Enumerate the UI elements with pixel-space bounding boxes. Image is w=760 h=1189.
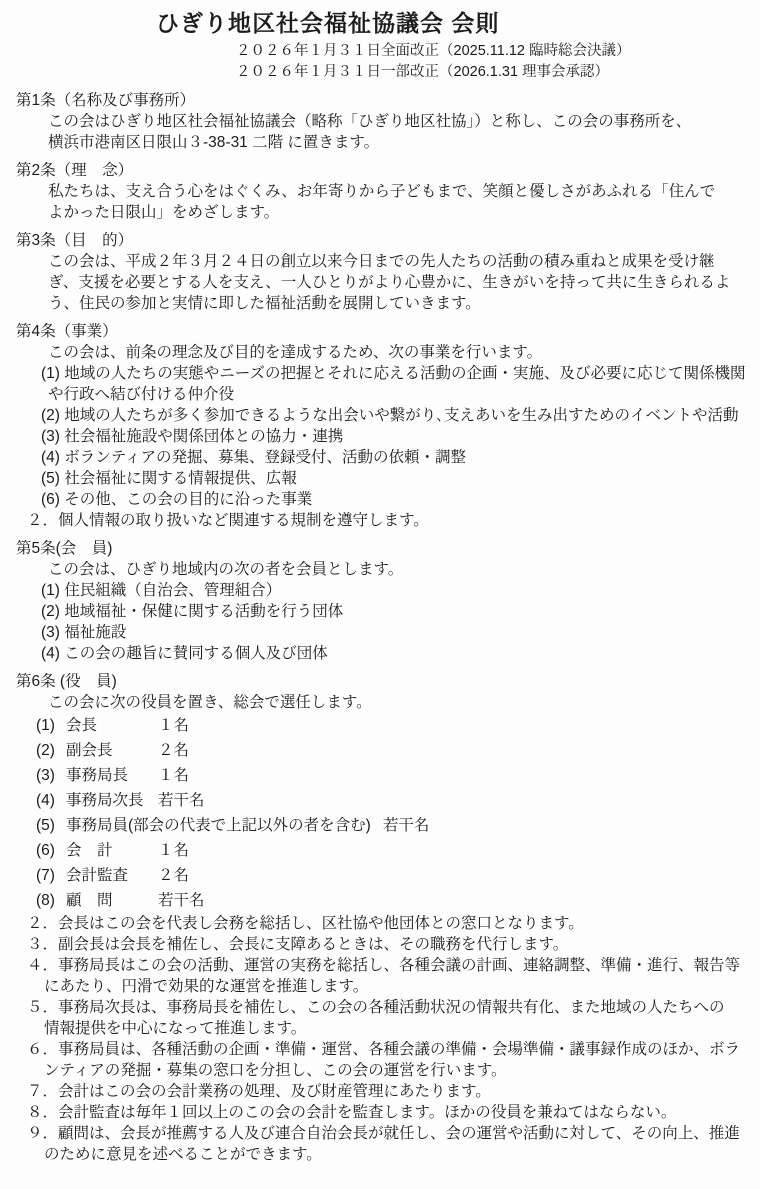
role-item: (1)会長１名 [8,713,756,738]
role-item: (6)会 計１名 [8,838,756,863]
article-paragraph: 私たちは、支え合う心をはぐくみ、お年寄りから子どもまで、笑顔と優しさがあふれる「… [48,181,756,223]
role-item: (3)事務局長１名 [8,763,756,788]
role-item: (7)会計監査２名 [8,863,756,888]
articles-container: 第1条（名称及び事務所）この会はひぎり地区社会福祉協議会（略称「ひぎり地区社協」… [8,90,756,1165]
role-number: (3) [36,763,66,788]
article-clause: ５．事務局次長は、事務局長を補佐し、この会の各種活動状況の情報共有化、また地域の… [8,997,756,1039]
role-count: 若干名 [383,817,430,834]
article-clause: ４．事務局長はこの会の活動、運営の実務を総括し、各種会議の計画、連絡調整、準備・… [8,955,756,997]
article-list-item: (4) ボランティアの発掘、募集、登録受付、活動の依頼・調整 [8,447,756,468]
role-count: 若干名 [158,792,205,809]
role-item: (5)事務局員(部会の代表で上記以外の者を含む)若干名 [8,813,756,838]
article-clause: ３．副会長は会長を補佐し、会長に支障あるときは、その職務を代行します。 [8,934,756,955]
role-name: 会計監査 [66,863,146,888]
article-heading: 第2条（理 念） [16,160,756,181]
article-paragraph: この会は、平成２年３月２４日の創立以来今日までの先人たちの活動の積み重ねと成果を… [48,251,756,314]
role-count: ２名 [158,867,189,884]
article-clause: ６．事務局員は、各種活動の企画・準備・運営、各種会議の準備・会場準備・議事録作成… [8,1039,756,1081]
role-number: (2) [36,738,66,763]
role-name: 副会長 [66,738,146,763]
role-name: 事務局次長 [66,788,146,813]
role-count: 若干名 [158,892,205,909]
role-name: 事務局員(部会の代表で上記以外の者を含む) [66,813,371,838]
article-list-item: (2) 地域の人たちが多く参加できるような出会いや繋がり､支えあいを生み出すため… [8,405,756,426]
article-list-item: (2) 地域福祉・保健に関する活動を行う団体 [8,601,756,622]
role-number: (1) [36,713,66,738]
role-number: (4) [36,788,66,813]
role-count: １名 [158,842,189,859]
role-item: (2)副会長２名 [8,738,756,763]
article-section-3: 第3条（目 的）この会は、平成２年３月２４日の創立以来今日までの先人たちの活動の… [8,230,756,314]
article-list-item: (4) この会の趣旨に賛同する個人及び団体 [8,643,756,664]
article-heading: 第5条(会 員) [16,538,756,559]
article-paragraph: この会は、ひぎり地域内の次の者を会員とします。 [48,559,756,580]
article-section-2: 第2条（理 念）私たちは、支え合う心をはぐくみ、お年寄りから子どもまで、笑顔と優… [8,160,756,223]
article-list-item: (6) その他、この会の目的に沿った事業 [8,489,756,510]
article-clause: ９．顧問は、会長が推薦する人及び連合自治会長が就任し、会の運営や活動に対して、そ… [8,1123,756,1165]
article-heading: 第1条（名称及び事務所） [16,90,756,111]
document-page: ひぎり地区社会福祉協議会 会則 ２０２６年１月３１日全面改正（2025.11.1… [0,0,760,1189]
article-heading: 第3条（目 的） [16,230,756,251]
role-count: ２名 [158,742,189,759]
article-section-5: 第5条(会 員)この会は、ひぎり地域内の次の者を会員とします。(1) 住民組織（… [8,538,756,664]
article-section-6: 第6条 (役 員)この会に次の役員を置き、総会で選任します。(1)会長１名(2)… [8,671,756,1165]
article-section-1: 第1条（名称及び事務所）この会はひぎり地区社会福祉協議会（略称「ひぎり地区社協」… [8,90,756,153]
role-number: (5) [36,813,66,838]
article-paragraph: この会に次の役員を置き、総会で選任します。 [48,692,756,713]
article-list-item: (1) 住民組織（自治会、管理組合） [8,580,756,601]
article-list-item: (1) 地域の人たちの実態やニーズの把握とそれに応える活動の企画・実施、及び必要… [8,363,756,405]
role-number: (6) [36,838,66,863]
article-list-item: (5) 社会福祉に関する情報提供、広報 [8,468,756,489]
role-number: (8) [36,888,66,913]
article-heading: 第4条（事業） [16,321,756,342]
article-paragraph: この会は、前条の理念及び目的を達成するため、次の事業を行います。 [48,342,756,363]
document-title: ひぎり地区社会福祉協議会 会則 [156,8,756,38]
role-name: 事務局長 [66,763,146,788]
role-number: (7) [36,863,66,888]
article-paragraph: この会はひぎり地区社会福祉協議会（略称「ひぎり地区社協」）と称し、この会の事務所… [48,111,756,153]
article-clause: ２．会長はこの会を代表し会務を総括し、区社協や他団体との窓口となります。 [8,913,756,934]
role-count: １名 [158,767,189,784]
revision-line-full: ２０２６年１月３１日全面改正（2025.11.12 臨時総会決議） [236,41,756,62]
role-name: 会 計 [66,838,146,863]
revision-notes: ２０２６年１月３１日全面改正（2025.11.12 臨時総会決議） ２０２６年１… [236,41,756,83]
role-item: (4)事務局次長若干名 [8,788,756,813]
article-list-item: (3) 福祉施設 [8,622,756,643]
role-item: (8)顧 問若干名 [8,888,756,913]
role-name: 顧 問 [66,888,146,913]
article-clause: ７．会計はこの会の会計業務の処理、及び財産管理にあたります。 [8,1081,756,1102]
article-heading: 第6条 (役 員) [16,671,756,692]
article-clause: ２．個人情報の取り扱いなど関連する規制を遵守します。 [8,510,756,531]
role-name: 会長 [66,713,146,738]
revision-line-partial: ２０２６年１月３１日一部改正（2026.1.31 理事会承認） [236,62,756,83]
article-clause: ８．会計監査は毎年１回以上のこの会の会計を監査します。ほかの役員を兼ねてはならな… [8,1102,756,1123]
article-section-4: 第4条（事業）この会は、前条の理念及び目的を達成するため、次の事業を行います。(… [8,321,756,531]
article-list-item: (3) 社会福祉施設や関係団体との協力・連携 [8,426,756,447]
role-count: １名 [158,717,189,734]
